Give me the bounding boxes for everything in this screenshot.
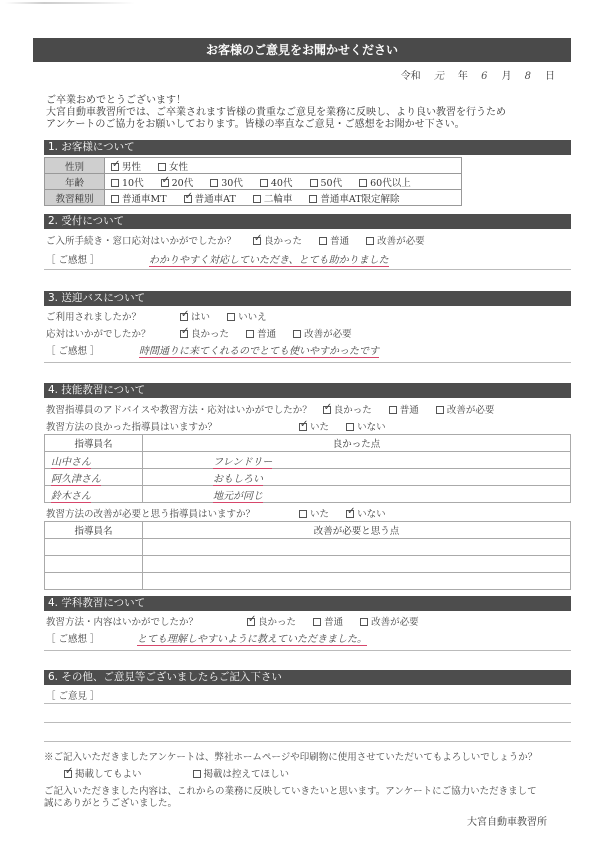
divider [44,650,571,651]
divider [44,362,571,363]
closing-line: 誠にありがとうございました。 [44,798,537,810]
checkbox-icon[interactable] [299,423,307,431]
question-text: 教習方法・内容はいかがでしたか？ [46,614,244,628]
date-field: 令和 元年 6月 8日 [401,67,555,82]
option-label: 10代 [122,178,144,189]
option-label: いた [310,509,329,520]
date-year[interactable]: 元 [434,71,444,82]
option-label: 50代 [321,178,343,189]
instructor-name: 山中さん [51,457,91,469]
checkbox-needs-improvement[interactable]: 改善が必要 [360,614,419,628]
option-label: 60代以上 [370,178,411,189]
checkbox-icon[interactable] [193,770,201,778]
instructor-rating-row: 教習指導員のアドバイスや教習方法・応対はいかがでしたか？ 良かった 普通 改善が… [46,402,508,416]
checkbox-yes[interactable]: いた [299,419,329,433]
instructor-name: 鈴木さん [51,491,91,503]
checkbox-female[interactable]: 女性 [158,159,188,173]
scan-artifact [5,2,135,4]
option-label: 良かった [264,236,302,247]
section-header-shuttle-bus: 3. 送迎バスについて [44,291,571,306]
instructor-name-cell[interactable] [45,573,143,590]
page-title: お客様のご意見をお聞かせください [33,38,571,62]
checkbox-icon[interactable] [158,163,166,171]
checkbox-normal[interactable]: 普通 [246,326,276,340]
intro-line: アンケートのご協力をお願いしております。皆様の率直なご意見・ご感想をお聞かせ下さ… [46,119,506,131]
checkbox-icon[interactable] [180,330,188,338]
checkbox-icon[interactable] [246,330,254,338]
checkbox-no[interactable]: いいえ [227,309,267,323]
option-label: 20代 [172,178,194,189]
closing-message: ご記入いただきました内容は、これからの業務に反映していきたいと思います。アンケー… [44,786,537,810]
option-label: 掲載は控えてほしい [204,769,290,780]
checkbox-icon[interactable] [436,406,444,414]
checkbox-icon[interactable] [64,770,72,778]
bus-usage-row: ご利用されましたか？ はい いいえ [46,309,281,323]
good-point: 地元が同じ [213,491,263,503]
option-label: 二輪車 [264,194,293,205]
table-header-row: 指導員名 良かった点 [45,435,571,452]
improvement-point-cell[interactable] [143,539,571,556]
table-row-course: 教習種別 普通車MT 普通車AT 二輪車 普通車AT限定解除 [45,190,462,206]
option-label: いない [357,509,386,520]
option-label: 普通車MT [122,194,167,205]
section-header-skill-training: 4. 技能教習について [44,383,571,398]
checkbox-icon[interactable] [253,237,261,245]
question-text: 教習方法の良かった指導員はいますか？ [46,419,296,433]
option-label: 普通 [330,236,349,247]
intro-line: ご卒業おめでとうございます！ [46,95,506,107]
bus-service-row: 応対はいかがでしたか？ 良かった 普通 改善が必要 [46,326,366,340]
checkbox-good[interactable]: 良かった [180,326,229,340]
improvement-point-cell[interactable] [143,556,571,573]
checkbox-icon[interactable] [111,195,119,203]
checkbox-age-10s[interactable]: 10代 [111,175,144,189]
good-point-cell[interactable]: おもしろい [143,469,571,486]
checkbox-good[interactable]: 良かった [253,233,302,247]
date-day[interactable]: 8 [525,71,531,82]
checkbox-age-60s-plus[interactable]: 60代以上 [359,175,411,189]
checkbox-icon[interactable] [346,423,354,431]
checkbox-allow-publish[interactable]: 掲載してもよい [64,766,142,780]
bad-instructor-row: 教習方法の改善が必要と思う指導員はいますか？ いた いない [46,506,400,520]
checkbox-at[interactable]: 普通車AT [184,191,236,205]
checkbox-icon[interactable] [360,618,368,626]
intro-line: 大宮自動車教習所では、ご卒業されます皆様の貴重なご意見を業務に反映し、より良い教… [46,107,506,119]
checkbox-no[interactable]: いない [346,506,386,520]
option-label: 普通 [400,405,419,416]
table-row: 阿久津さん おもしろい [45,469,571,486]
checkbox-normal[interactable]: 普通 [313,614,343,628]
checkbox-icon[interactable] [293,330,301,338]
course-options: 普通車MT 普通車AT 二輪車 普通車AT限定解除 [105,190,462,206]
date-era: 令和 [401,71,421,82]
bus-comment-field[interactable]: 時間通りに来てくれるのでとても使いやすかったです [139,346,379,358]
checkbox-icon[interactable] [389,406,397,414]
checkbox-icon[interactable] [111,179,119,187]
good-instructor-row: 教習方法の良かった指導員はいますか？ いた いない [46,419,400,433]
option-label: いた [310,422,329,433]
checkbox-icon[interactable] [253,195,261,203]
comment-label: ［ ご感想 ］ [46,343,136,357]
checkbox-icon[interactable] [346,510,354,518]
checkbox-icon[interactable] [310,179,318,187]
checkbox-decline-publish[interactable]: 掲載は控えてほしい [193,766,290,780]
column-header-instructor: 指導員名 [45,522,143,539]
option-label: 普通車AT [195,194,236,205]
table-row [45,539,571,556]
table-header-row: 指導員名 改善が必要と思う点 [45,522,571,539]
other-comment-line-2[interactable] [44,722,571,723]
question-text: 教習方法の改善が必要と思う指導員はいますか？ [46,506,296,520]
option-label: いない [357,422,386,433]
option-label: 良かった [191,329,229,340]
column-header-good-points: 良かった点 [143,435,571,452]
bus-comment-row: ［ ご感想 ］ 時間通りに来てくれるのでとても使いやすかったです [46,342,379,357]
date-year-unit: 年 [458,71,468,82]
school-signature: 大宮自動車教習所 [467,813,547,828]
improvement-instructors-table: 指導員名 改善が必要と思う点 [44,521,571,590]
classroom-comment-field[interactable]: とても理解しやすいように教えていただきました。 [137,634,367,646]
checkbox-at-limit-removal[interactable]: 普通車AT限定解除 [309,191,399,205]
checkbox-needs-improvement[interactable]: 改善が必要 [366,233,425,247]
instructor-name-cell[interactable]: 山中さん [45,452,143,469]
table-row-age: 年齢 10代 20代 30代 40代 50代 60代以上 [45,174,462,190]
checkbox-needs-improvement[interactable]: 改善が必要 [436,402,495,416]
label-gender: 性別 [45,158,105,174]
instructor-name-cell[interactable]: 阿久津さん [45,469,143,486]
classroom-question-row: 教習方法・内容はいかがでしたか？ 良かった 普通 改善が必要 [46,614,433,628]
age-options: 10代 20代 30代 40代 50代 60代以上 [105,174,462,190]
table-row-gender: 性別 男性 女性 [45,158,462,174]
option-label: 30代 [221,178,243,189]
checkbox-age-30s[interactable]: 30代 [210,175,243,189]
comment-label: ［ ご感想 ］ [46,252,146,266]
checkbox-icon[interactable] [247,618,255,626]
other-comment-line-3[interactable] [44,741,571,742]
option-label: 改善が必要 [304,329,352,340]
table-row [45,573,571,590]
instructor-name: 阿久津さん [51,474,101,486]
checkbox-icon[interactable] [299,510,307,518]
question-text: 教習指導員のアドバイスや教習方法・応対はいかがでしたか？ [46,405,312,416]
instructor-name-cell[interactable] [45,556,143,573]
checkbox-no[interactable]: いない [346,419,386,433]
checkbox-normal[interactable]: 普通 [389,402,419,416]
option-label: 普通車AT限定解除 [320,194,399,205]
good-point-cell[interactable]: フレンドリー [143,452,571,469]
instructor-name-cell[interactable] [45,539,143,556]
table-row [45,556,571,573]
option-label: 良かった [334,405,372,416]
consent-question: ※ご記入いただきましたアンケートは、弊社ホームページや印刷物に使用させていただい… [44,752,537,764]
checkbox-icon[interactable] [323,406,331,414]
checkbox-age-40s[interactable]: 40代 [260,175,293,189]
checkbox-age-20s[interactable]: 20代 [161,175,194,189]
good-instructors-table: 指導員名 良かった点 山中さん フレンドリー 阿久津さん おもしろい 鈴木さん … [44,434,571,503]
section-header-customer: 1. お客様について [44,140,571,155]
checkbox-icon[interactable] [111,163,119,171]
other-comment-label-row: ［ ご意見 ］ [46,688,100,702]
gender-options: 男性 女性 [105,158,462,174]
option-label: 改善が必要 [377,236,425,247]
option-label: 改善が必要 [371,617,419,628]
option-label: はい [191,312,210,323]
checkbox-good[interactable]: 良かった [247,614,296,628]
option-label: 改善が必要 [447,405,495,416]
consent-options-row: 掲載してもよい 掲載は控えてほしい [64,766,303,780]
option-label: 普通 [324,617,343,628]
closing-line: ご記入いただきました内容は、これからの業務に反映していきたいと思います。アンケー… [44,786,537,798]
date-month[interactable]: 6 [481,71,487,82]
checkbox-icon[interactable] [260,179,268,187]
option-label: 良かった [258,617,296,628]
comment-label: ［ ご感想 ］ [46,631,134,645]
checkbox-icon[interactable] [227,313,235,321]
checkbox-icon[interactable] [210,179,218,187]
checkbox-icon[interactable] [161,179,169,187]
label-course-type: 教習種別 [45,190,105,206]
column-header-instructor: 指導員名 [45,435,143,452]
checkbox-icon[interactable] [319,237,327,245]
checkbox-mt[interactable]: 普通車MT [111,191,167,205]
label-age: 年齢 [45,174,105,190]
checkbox-icon[interactable] [366,237,374,245]
option-label: 掲載してもよい [75,769,142,780]
reception-question-row: ご入所手続き・窓口応対はいかがでしたか？ 良かった 普通 改善が必要 [46,233,439,247]
reception-comment-field[interactable]: わかりやすく対応していただき、とても助かりました [149,255,389,267]
intro-text: ご卒業おめでとうございます！ 大宮自動車教習所では、ご卒業されます皆様の貴重なご… [46,95,506,131]
checkbox-needs-improvement[interactable]: 改善が必要 [293,326,352,340]
instructor-name-cell[interactable]: 鈴木さん [45,486,143,503]
checkbox-icon[interactable] [184,195,192,203]
checkbox-male[interactable]: 男性 [111,159,141,173]
good-point-cell[interactable]: 地元が同じ [143,486,571,503]
option-label: いいえ [238,312,267,323]
table-row: 山中さん フレンドリー [45,452,571,469]
comment-label: ［ ご意見 ］ [46,691,100,702]
section-header-classroom: 4. 学科教習について [44,596,571,611]
checkbox-yes[interactable]: はい [180,309,210,323]
classroom-comment-row: ［ ご感想 ］ とても理解しやすいように教えていただきました。 [46,630,367,645]
question-text: 応対はいかがでしたか？ [46,326,177,340]
column-header-improvement-points: 改善が必要と思う点 [143,522,571,539]
date-month-unit: 月 [501,71,511,82]
divider [44,269,571,270]
checkbox-icon[interactable] [180,313,188,321]
checkbox-motorcycle[interactable]: 二輪車 [253,191,293,205]
section-header-reception: 2. 受付について [44,214,571,229]
section-header-other: 6. その他、ご意見等ございましたらご記入下さい [44,670,571,685]
good-point: フレンドリー [213,457,272,469]
good-point: おもしろい [213,474,263,486]
option-label: 普通 [257,329,276,340]
improvement-point-cell[interactable] [143,573,571,590]
option-label: 40代 [271,178,293,189]
checkbox-icon[interactable] [313,618,321,626]
reception-comment-row: ［ ご感想 ］ わかりやすく対応していただき、とても助かりました [46,251,389,266]
question-text: ご利用されましたか？ [46,309,177,323]
checkbox-normal[interactable]: 普通 [319,233,349,247]
table-row: 鈴木さん 地元が同じ [45,486,571,503]
checkbox-yes[interactable]: いた [299,506,329,520]
checkbox-icon[interactable] [309,195,317,203]
question-text: ご入所手続き・窓口応対はいかがでしたか？ [46,236,236,247]
date-day-unit: 日 [545,71,555,82]
option-label: 男性 [122,162,141,173]
option-label: 女性 [169,162,188,173]
checkbox-icon[interactable] [359,179,367,187]
customer-info-table: 性別 男性 女性 年齢 10代 20代 30代 40代 50代 60代以上 教習… [44,157,462,206]
other-comment-line-1[interactable] [44,703,571,704]
checkbox-age-50s[interactable]: 50代 [310,175,343,189]
checkbox-good[interactable]: 良かった [323,402,372,416]
